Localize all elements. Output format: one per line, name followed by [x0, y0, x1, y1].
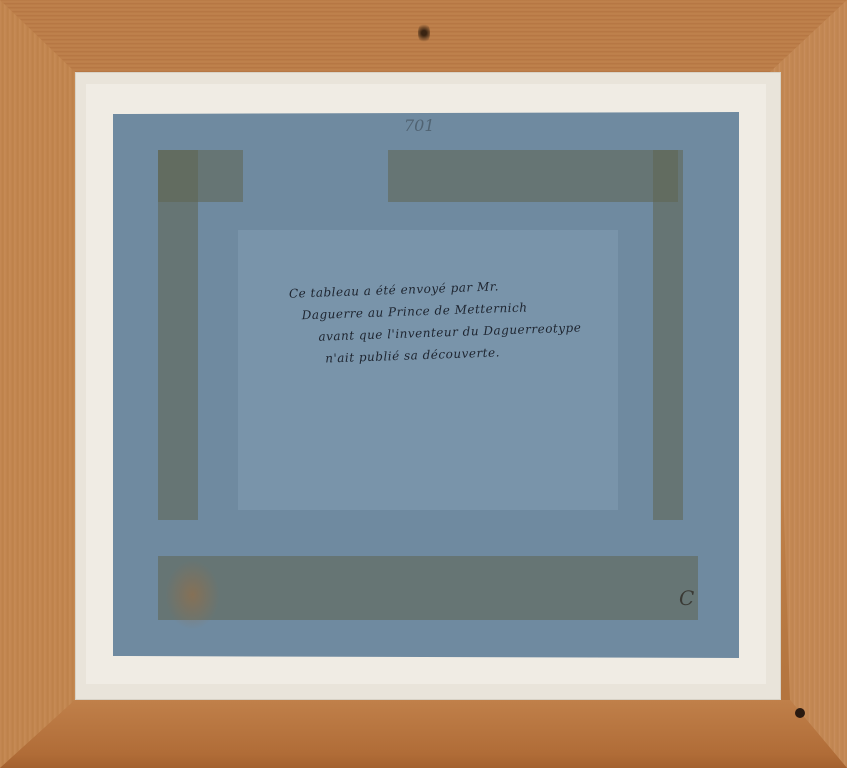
tape-band-top-right — [388, 150, 678, 202]
handwritten-inscription: Ce tableau a été envoyé par Mr. Daguerre… — [289, 273, 562, 370]
frame-left-rail — [0, 0, 80, 768]
corner-mark: C — [679, 586, 694, 610]
tape-band-left — [158, 150, 198, 520]
wormholes — [418, 22, 430, 44]
tape-band-bottom — [158, 556, 698, 620]
catalog-number: 701 — [404, 116, 435, 135]
frame-bottom-rail — [0, 700, 847, 768]
rust-stain — [165, 560, 220, 630]
tape-band-right — [653, 150, 683, 520]
frame-right-rail — [770, 0, 847, 768]
frame-hole — [795, 708, 805, 718]
